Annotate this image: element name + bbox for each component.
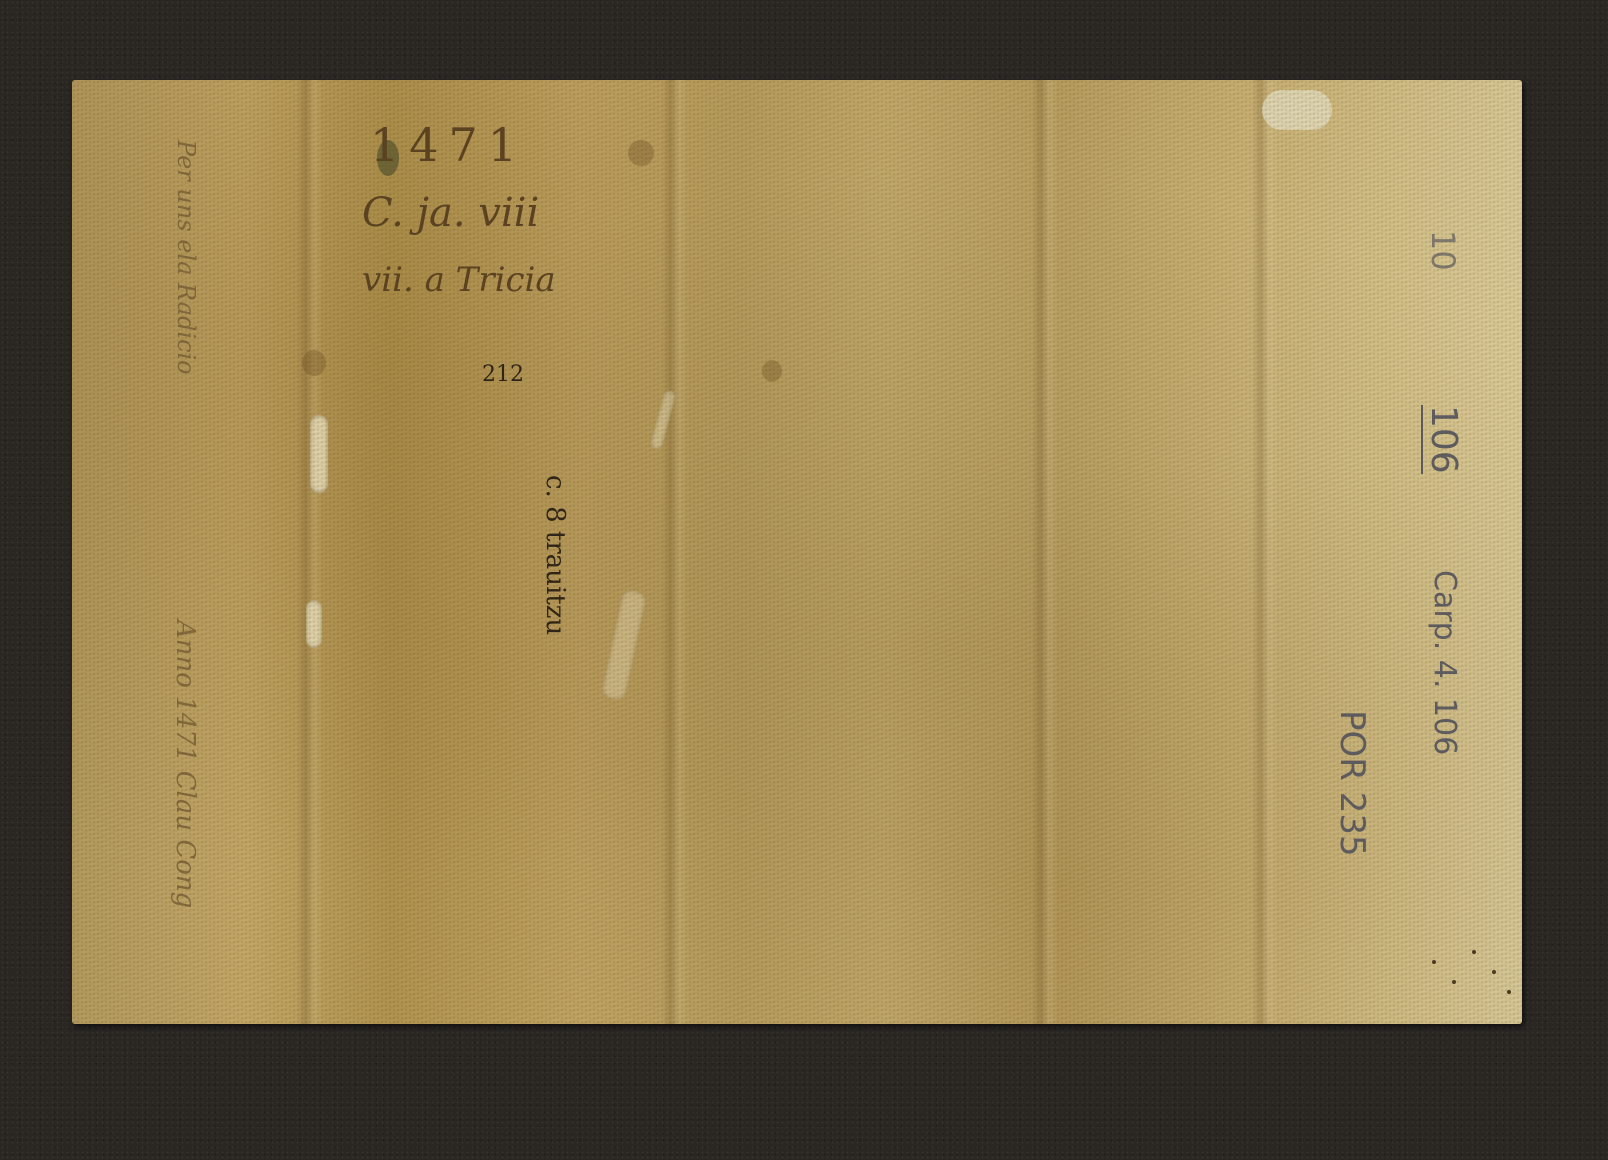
heading-line-2: vii. a Tricia <box>362 260 556 300</box>
fold-line <box>297 80 323 1024</box>
speck <box>1507 990 1511 994</box>
fold-line <box>662 80 688 1024</box>
speck <box>1452 980 1456 984</box>
seal-slit <box>306 600 322 648</box>
speck <box>1492 970 1496 974</box>
stain <box>302 350 326 376</box>
pencil-number-top: 10 <box>1424 230 1462 271</box>
fold-line <box>1252 80 1278 1024</box>
speck <box>1432 960 1436 964</box>
left-note-upper: Per uns ela Radicio <box>172 140 200 375</box>
worn-patch <box>1262 90 1332 130</box>
heading-line-1: C. ja. viii <box>362 190 539 236</box>
stain <box>762 360 782 382</box>
left-note-lower: Anno 1471 Clau Cong <box>170 620 200 908</box>
worn-crease <box>601 589 647 702</box>
speck <box>1472 950 1476 954</box>
parchment-document: 1471 C. ja. viii vii. a Tricia 212 c. 8 … <box>72 80 1522 1024</box>
pencil-por: POR 235 <box>1332 710 1372 857</box>
shelf-number: 212 <box>482 362 524 387</box>
stain <box>628 140 654 166</box>
date-number: 1471 <box>370 118 527 172</box>
pencil-number-underlined: 106 <box>1421 405 1464 474</box>
pencil-reference: Carp. 4. 106 <box>1427 570 1462 755</box>
fold-line <box>1032 80 1058 1024</box>
seal-slit <box>310 415 328 493</box>
vertical-ink-note: c. 8 trauitzu <box>540 475 570 635</box>
